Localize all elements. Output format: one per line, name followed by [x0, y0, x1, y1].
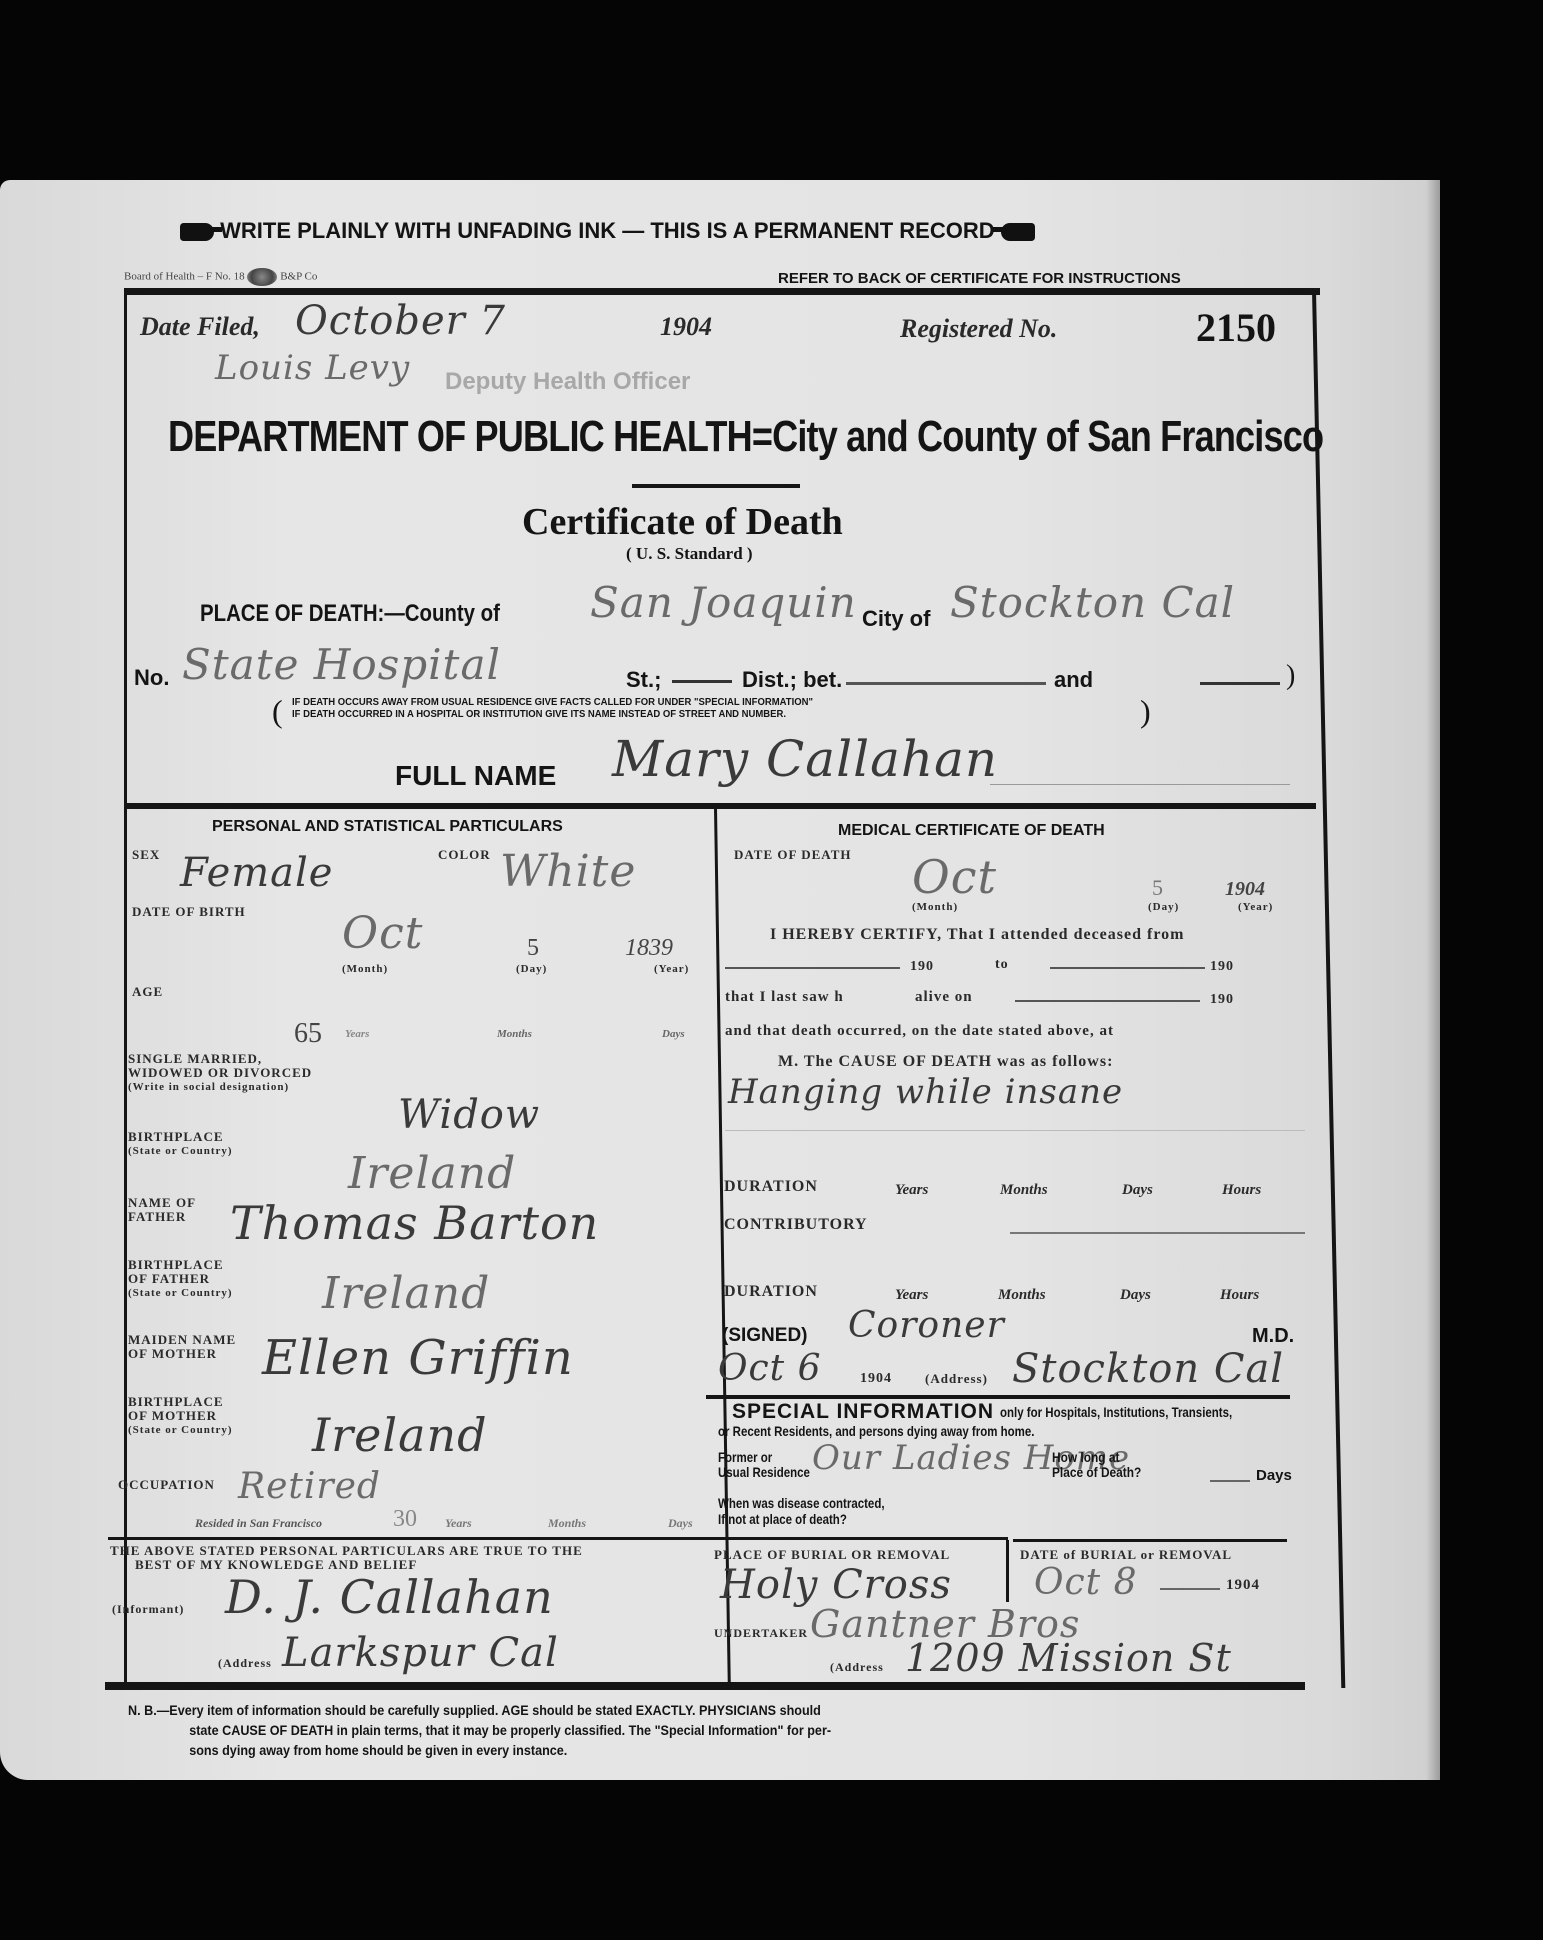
date-filed-value: October 7 — [295, 298, 506, 344]
department-title: DEPARTMENT OF PUBLIC HEALTH=City and Cou… — [168, 412, 1323, 462]
medical-heading: MEDICAL CERTIFICATE OF DEATH — [838, 822, 1105, 840]
resided-years: 30 — [393, 1506, 417, 1533]
dod-day: 5 — [1152, 875, 1163, 901]
last-saw-2: alive on — [915, 990, 973, 1004]
pointing-hand-icon — [1001, 223, 1035, 241]
place-of-death-label: PLACE OF DEATH:—County of — [200, 600, 500, 628]
death-occurred: and that death occurred, on the date sta… — [725, 1024, 1114, 1038]
contributory-label: CONTRIBUTORY — [724, 1218, 868, 1232]
dod-label: DATE OF DEATH — [734, 848, 852, 862]
registered-no-label: Registered No. — [900, 314, 1057, 344]
contracted-label: When was disease contracted, If not at p… — [718, 1495, 885, 1527]
dod-year: 1904 — [1225, 878, 1265, 901]
informant-label: (Informant) — [112, 1602, 184, 1616]
signed-year: 1904 — [860, 1372, 892, 1386]
personal-heading: PERSONAL AND STATISTICAL PARTICULARS — [212, 818, 563, 836]
dist-label: Dist.; bet. — [742, 667, 842, 693]
dob-year: 1839 — [625, 935, 673, 962]
special-heading: SPECIAL INFORMATION — [732, 1400, 994, 1424]
burial-year: 1904 — [1226, 1578, 1260, 1592]
marital-label: SINGLE MARRIED, WIDOWED OR DIVORCED (Wri… — [128, 1052, 312, 1094]
certify-line: I HEREBY CERTIFY, That I attended deceas… — [770, 928, 1184, 942]
medical-address-label: (Address) — [925, 1372, 988, 1386]
marital-value: Widow — [398, 1092, 540, 1138]
cause-value: Hanging while insane — [728, 1072, 1123, 1112]
certificate-title: Certificate of Death — [522, 500, 843, 544]
last-saw-1: that I last saw h — [725, 990, 844, 1004]
undertaker-label: UNDERTAKER — [714, 1626, 808, 1640]
informant-statement: THE ABOVE STATED PERSONAL PARTICULARS AR… — [110, 1544, 583, 1572]
and-label: and — [1054, 667, 1093, 693]
burial-column-divider — [1006, 1540, 1009, 1602]
color-label: COLOR — [438, 848, 491, 862]
dod-month: Oct — [912, 850, 997, 904]
duration-label-1: DURATION — [724, 1180, 818, 1194]
undertaker-address-label: (Address — [830, 1660, 884, 1674]
signed-label: (SIGNED) — [722, 1325, 808, 1347]
dob-day: 5 — [527, 935, 539, 962]
sex-label: SEX — [132, 848, 160, 862]
full-name-label: FULL NAME — [395, 760, 556, 792]
instructions-note: REFER TO BACK OF CERTIFICATE FOR INSTRUC… — [778, 270, 1181, 287]
mother-birthplace-label: BIRTHPLACE OF MOTHER (State or Country) — [128, 1395, 233, 1437]
registered-no-value: 2150 — [1196, 304, 1276, 351]
informant-divider — [108, 1537, 708, 1540]
institution-value: State Hospital — [182, 640, 501, 689]
officer-title: Deputy Health Officer — [445, 368, 690, 396]
place-note: IF DEATH OCCURS AWAY FROM USUAL RESIDENC… — [292, 697, 813, 721]
pointing-hand-icon — [180, 223, 214, 241]
informant-name: D. J. Callahan — [225, 1570, 554, 1624]
informant-address: Larkspur Cal — [282, 1630, 559, 1676]
cause-intro: M. The CAUSE OF DEATH was as follows: — [778, 1055, 1113, 1069]
sex-value: Female — [180, 850, 333, 896]
father-label: NAME OF FATHER — [128, 1196, 196, 1224]
occupation-label: OCCUPATION — [118, 1478, 215, 1492]
birthplace-label: BIRTHPLACE (State or Country) — [128, 1130, 233, 1158]
father-value: Thomas Barton — [230, 1196, 599, 1250]
full-name-value: Mary Callahan — [612, 730, 998, 788]
title-rule — [632, 484, 800, 488]
residence-label: Former or Usual Residence — [718, 1450, 810, 1480]
father-birthplace-value: Ireland — [322, 1268, 490, 1319]
color-value: White — [500, 846, 636, 897]
undertaker-address: 1209 Mission St — [905, 1636, 1232, 1680]
how-long-label: How long at Place of Death? — [1052, 1450, 1141, 1480]
printer-seal-icon — [247, 268, 277, 286]
dob-month: Oct — [342, 908, 423, 959]
st-label: St.; — [626, 667, 661, 693]
city-value: Stockton Cal — [950, 578, 1235, 627]
date-filed-label: Date Filed, — [140, 312, 260, 342]
date-filed-year: 1904 — [660, 312, 712, 342]
special-divider — [706, 1395, 1290, 1399]
birthplace-value: Ireland — [348, 1148, 516, 1199]
age-years: 65 — [294, 1018, 322, 1050]
dob-label: DATE OF BIRTH — [132, 905, 246, 919]
city-label: City of — [862, 606, 930, 632]
mother-value: Ellen Griffin — [262, 1330, 574, 1386]
no-label: No. — [134, 665, 169, 691]
standard-subtitle: ( U. S. Standard ) — [626, 544, 753, 564]
box-top-border — [124, 288, 1320, 295]
informant-address-label: (Address — [218, 1656, 272, 1670]
nb-note: N. B.—Every item of information should b… — [128, 1700, 831, 1760]
age-label: AGE — [132, 985, 163, 999]
burial-date-value: Oct 8 — [1034, 1562, 1138, 1603]
duration-label-2: DURATION — [724, 1285, 818, 1299]
mother-label: MAIDEN NAME OF MOTHER — [128, 1333, 236, 1361]
burial-place-label: PLACE OF BURIAL OR REMOVAL — [714, 1548, 950, 1562]
signed-date: Oct 6 — [718, 1348, 822, 1389]
resided-label: Resided in San Francisco — [195, 1516, 322, 1531]
box-bottom-border — [105, 1682, 1305, 1690]
burial-divider-right — [1013, 1539, 1287, 1542]
section-divider — [124, 803, 1316, 809]
burial-divider-left — [704, 1537, 1008, 1540]
father-birthplace-label: BIRTHPLACE OF FATHER (State or Country) — [128, 1258, 233, 1300]
officer-signature: Louis Levy — [215, 348, 410, 388]
banner: WRITE PLAINLY WITH UNFADING INK — THIS I… — [180, 218, 1035, 244]
burial-date-label: DATE of BURIAL or REMOVAL — [1020, 1548, 1232, 1562]
md-label: M.D. — [1252, 1325, 1294, 1348]
signed-by: Coroner — [848, 1305, 1005, 1346]
form-number: Board of Health – F No. 18 B&P Co — [124, 268, 317, 286]
occupation-value: Retired — [238, 1466, 381, 1507]
medical-address: Stockton Cal — [1012, 1346, 1284, 1392]
mother-birthplace-value: Ireland — [312, 1408, 488, 1462]
county-value: San Joaquin — [590, 578, 857, 627]
